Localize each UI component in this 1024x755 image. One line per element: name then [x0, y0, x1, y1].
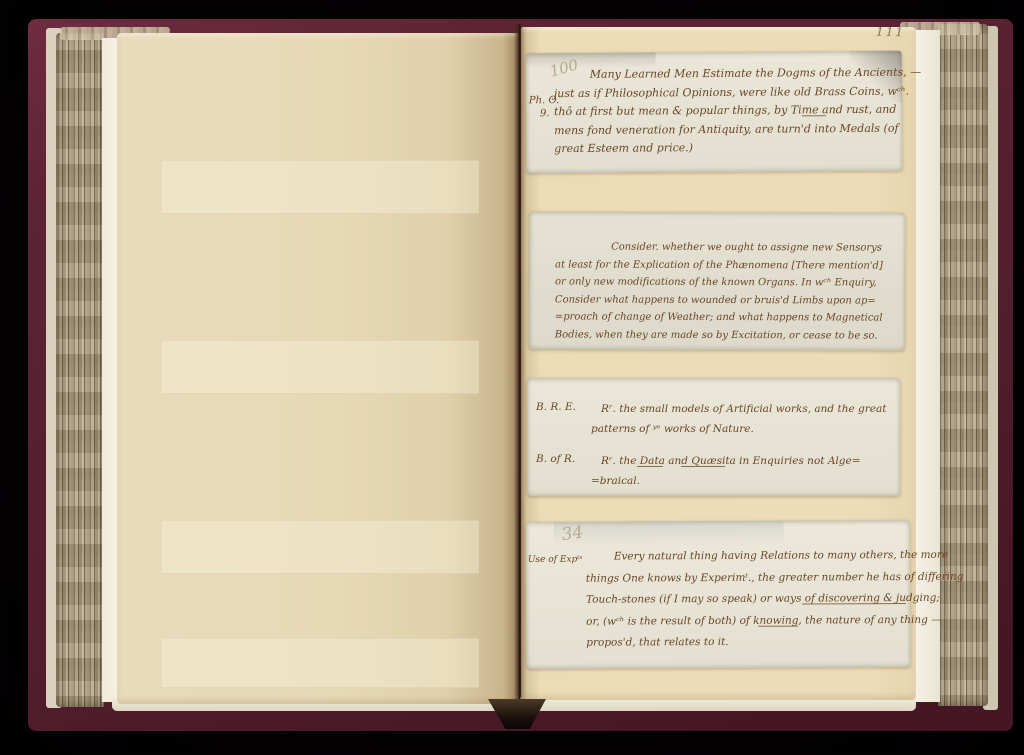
ink-underline: [758, 626, 798, 627]
manuscript-slip-3: B. R. E. Rʳ. the small models of Artific…: [527, 378, 900, 496]
manuscript-slip-2: Consider. whether we ought to assigne ne…: [529, 211, 905, 350]
show-through-band: [162, 340, 479, 394]
manuscript-slip-1: 100 Ph. O. 9. Many Learned Men Estimate …: [526, 51, 903, 174]
handwritten-text: Many Learned Men Estimate the Dogms of t…: [554, 64, 922, 159]
handwritten-text: Rʳ. the Data and Quæsita in Enquiries no…: [591, 451, 861, 491]
folio-number: 111: [876, 25, 905, 40]
manuscript-slip-4: 34 Use of Expᵗˢ Every natural thing havi…: [526, 520, 911, 669]
margin-shelfmark: B. R. E.: [536, 401, 576, 413]
photograph-backdrop: 111 100 Ph. O. 9. Many Learned Men Estim…: [0, 0, 1024, 755]
ink-underline: [681, 466, 725, 467]
margin-shelfmark: Use of Expᵗˢ: [528, 555, 583, 565]
handwritten-text: Every natural thing having Relations to …: [586, 545, 964, 654]
show-through-band: [162, 520, 479, 574]
paper-stain: [554, 521, 784, 546]
ink-underline: [802, 115, 826, 116]
handwritten-text: Consider. whether we ought to assigne ne…: [555, 238, 883, 344]
show-through-band: [162, 638, 479, 688]
handwritten-text: Rʳ. the small models of Artificial works…: [591, 399, 886, 439]
pencil-folio-annotation: 34: [560, 522, 584, 545]
show-through-band: [162, 160, 479, 214]
left-blank-page: [117, 33, 519, 704]
ink-underline: [637, 466, 663, 467]
margin-shelfmark: B. of R.: [536, 453, 575, 465]
left-page-stack-fore-edge: [56, 33, 104, 707]
book-gutter-shadow: [514, 24, 524, 706]
margin-shelfmark-number: 9.: [540, 108, 550, 119]
